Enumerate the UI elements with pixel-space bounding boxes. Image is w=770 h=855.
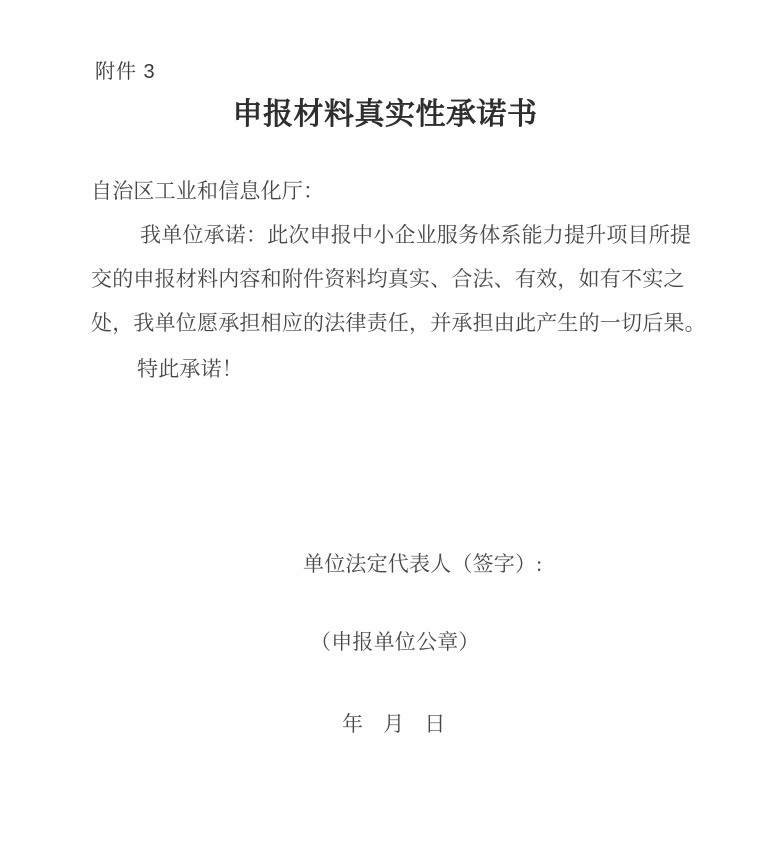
document-title: 申报材料真实性承诺书 [0, 89, 770, 133]
date-month-label: 月 [383, 712, 404, 736]
body-paragraph-line-2: 交的申报材料内容和附件资料均真实、合法、有效，如有不实之 [91, 267, 685, 291]
document-page: 附件 3 申报材料真实性承诺书 自治区工业和信息化厅： 我单位承诺：此次申报中小… [0, 0, 770, 855]
body-paragraph-line-3: 处，我单位愿承担相应的法律责任，并承担由此产生的一切后果。 [91, 311, 706, 335]
company-seal-line: （申报单位公章） [310, 630, 480, 654]
salutation-line: 自治区工业和信息化厅： [91, 179, 324, 203]
body-paragraph-line-1: 我单位承诺：此次申报中小企业服务体系能力提升项目所提 [140, 223, 691, 247]
legal-representative-signature-line: 单位法定代表人（签字）: [303, 552, 542, 576]
closing-statement: 特此承诺！ [137, 357, 243, 381]
date-day-label: 日 [424, 712, 445, 736]
date-line: 年 月 日 [342, 712, 446, 736]
date-year-label: 年 [342, 712, 363, 736]
attachment-number-label: 附件 3 [95, 55, 156, 84]
